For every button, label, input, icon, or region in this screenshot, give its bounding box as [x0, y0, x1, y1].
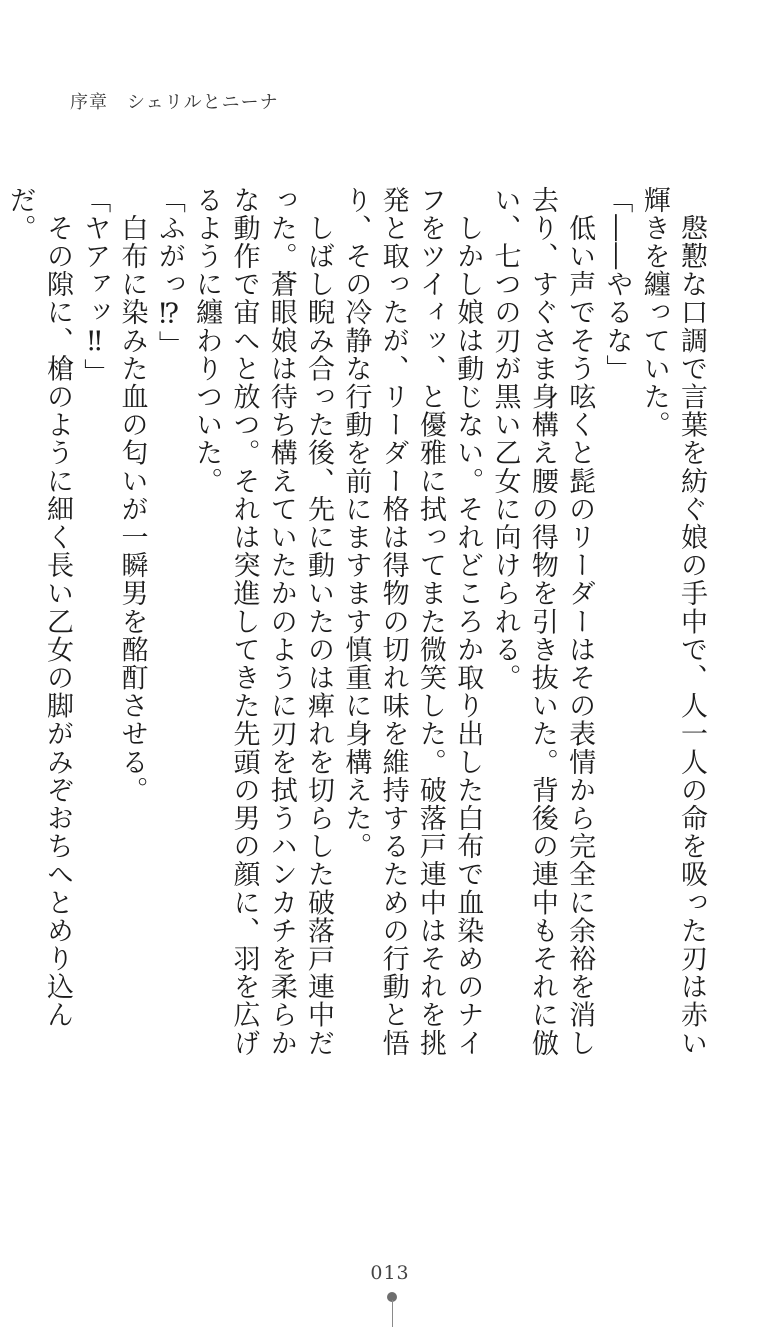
body-text-vertical: 慇懃な口調で言葉を紡ぐ娘の手中で、人一人の命を吸った刃は赤い輝きを纏っていた。 …: [0, 186, 710, 1066]
paragraph: しばし睨み合った後、先に動いたのは痺れを切らした破落戸連中だった。蒼眼娘は待ち構…: [188, 186, 337, 1066]
paragraph-dialogue: 「――やるな」: [598, 186, 635, 1066]
paragraph: しかし娘は動じない。それどころか取り出した白布で血染めのナイフをツイィッ、と優雅…: [337, 186, 486, 1066]
paragraph: ズンッ‼ 重みのある響きを残して男がくの字に吹っ飛んだ。そしてまるで計算されてい…: [0, 186, 1, 1066]
running-head-chapter-title: 序章 シェリルとニーナ: [70, 88, 279, 114]
paragraph: その隙に、槍のように細く長い乙女の脚がみぞおちへとめり込んだ。: [1, 186, 76, 1066]
paragraph: 白布に染みた血の匂いが一瞬男を酩酊させる。: [113, 186, 150, 1066]
page-number: 013: [0, 1262, 780, 1284]
marker-line-divider: [392, 1300, 393, 1327]
paragraph-dialogue: 「ヤアァッ‼」: [76, 186, 113, 1066]
paragraph: 低い声でそう呟くと髭のリーダーはその表情から完全に余裕を消し去り、すぐさま身構え…: [486, 186, 598, 1066]
paragraph: 慇懃な口調で言葉を紡ぐ娘の手中で、人一人の命を吸った刃は赤い輝きを纏っていた。: [635, 186, 710, 1066]
paragraph-dialogue: 「ふがっ⁉」: [151, 186, 188, 1066]
